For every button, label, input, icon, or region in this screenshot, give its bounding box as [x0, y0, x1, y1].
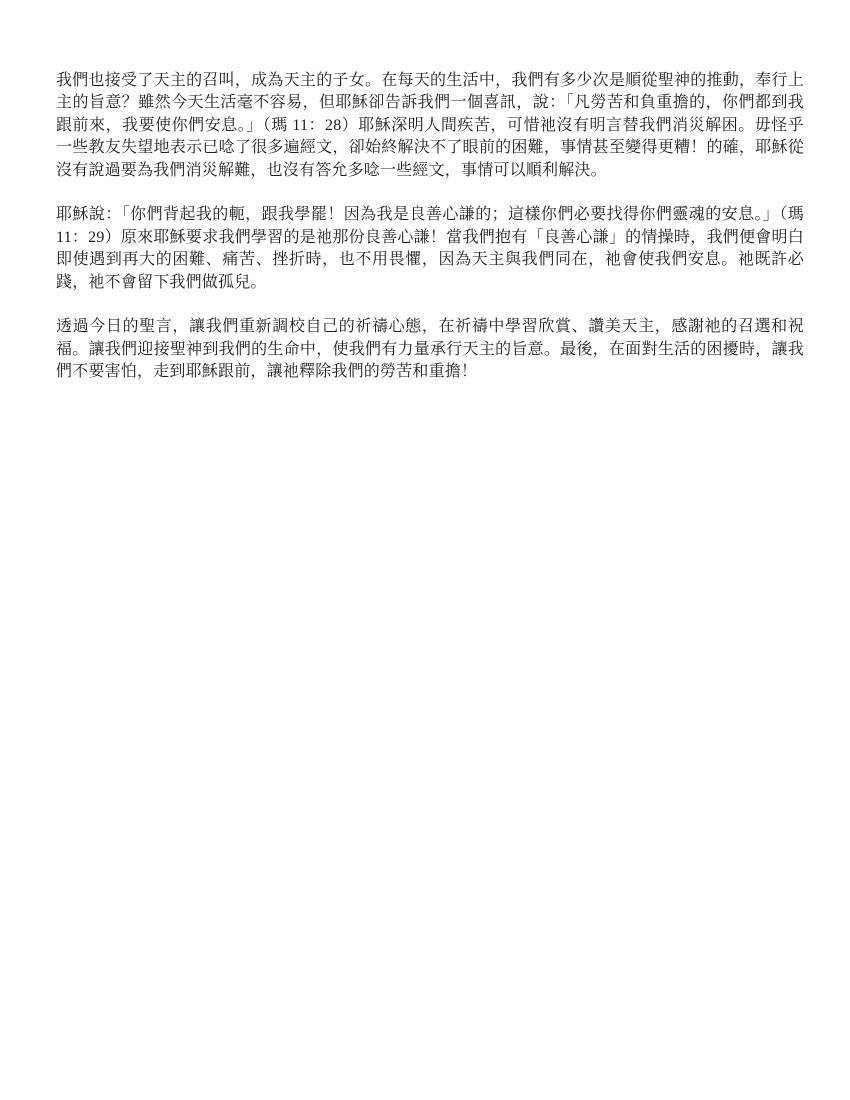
document-page: 我們也接受了天主的召叫，成為天主的子女。在每天的生活中，我們有多少次是順從聖神的… [0, 0, 850, 1100]
paragraph-3: 透過今日的聖言，讓我們重新調校自己的祈禱心態，在祈禱中學習欣賞、讚美天主，感謝祂… [56, 316, 804, 383]
paragraph-1: 我們也接受了天主的召叫，成為天主的子女。在每天的生活中，我們有多少次是順從聖神的… [56, 70, 804, 182]
paragraph-2: 耶穌說：「你們背起我的軛，跟我學罷！因為我是良善心謙的；這樣你們必要找得你們靈魂… [56, 204, 804, 294]
document-text-block: 我們也接受了天主的召叫，成為天主的子女。在每天的生活中，我們有多少次是順從聖神的… [56, 70, 804, 384]
